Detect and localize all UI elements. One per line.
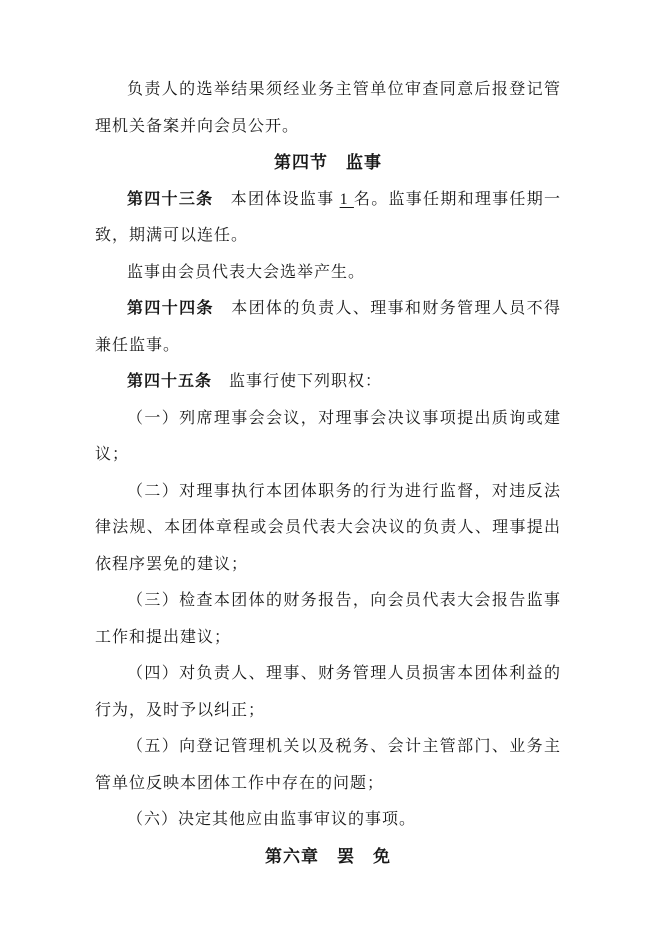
paragraph: 负责人的选举结果须经业务主管单位审查同意后报登记管理机关备案并向会员公开。 — [95, 72, 561, 145]
paragraph: （四）对负责人、理事、财务管理人员损害本团体利益的行为，及时予以纠正； — [95, 656, 561, 729]
bold-text-segment: 第六章 罢 免 — [265, 847, 391, 866]
text-segment: （五）向登记管理机关以及税务、会计主管部门、业务主管单位反映本团体工作中存在的问… — [95, 738, 561, 792]
paragraph: （三）检查本团体的财务报告，向会员代表大会报告监事工作和提出建议； — [95, 583, 561, 656]
paragraph: （六）决定其他应由监事审议的事项。 — [95, 802, 561, 839]
text-segment: 监事行使下列职权： — [212, 373, 382, 390]
text-segment: （三）检查本团体的财务报告，向会员代表大会报告监事工作和提出建议； — [95, 592, 561, 646]
text-segment: （六）决定其他应由监事审议的事项。 — [127, 811, 416, 828]
paragraph: 监事由会员代表大会选举产生。 — [95, 255, 561, 292]
text-segment: 监事由会员代表大会选举产生。 — [127, 264, 365, 281]
document-content: 负责人的选举结果须经业务主管单位审查同意后报登记管理机关备案并向会员公开。第四节… — [95, 72, 561, 875]
text-segment: （四）对负责人、理事、财务管理人员损害本团体利益的行为，及时予以纠正； — [95, 665, 561, 719]
paragraph: （二）对理事执行本团体职务的行为进行监督，对违反法律法规、本团体章程或会员代表大… — [95, 474, 561, 584]
bold-text-segment: 第四十四条 — [127, 300, 214, 317]
underlined-value: 1 — [340, 191, 354, 208]
bold-text-segment: 第四节 监事 — [274, 153, 382, 172]
bold-text-segment: 第四十五条 — [127, 373, 212, 390]
text-segment: 负责人的选举结果须经业务主管单位审查同意后报登记管理机关备案并向会员公开。 — [95, 81, 561, 135]
paragraph: （一）列席理事会会议，对理事会决议事项提出质询或建议； — [95, 401, 561, 474]
paragraph: （五）向登记管理机关以及税务、会计主管部门、业务主管单位反映本团体工作中存在的问… — [95, 729, 561, 802]
paragraph: 第四十三条 本团体设监事 1 名。监事任期和理事任期一致，期满可以连任。 — [95, 182, 561, 255]
paragraph: 第四十五条 监事行使下列职权： — [95, 364, 561, 401]
section-heading: 第四节 监事 — [95, 145, 561, 182]
text-segment: （一）列席理事会会议，对理事会决议事项提出质询或建议； — [95, 410, 561, 464]
bold-text-segment: 第四十三条 — [127, 191, 213, 208]
text-segment: （二）对理事执行本团体职务的行为进行监督，对违反法律法规、本团体章程或会员代表大… — [95, 483, 561, 573]
document-page: 负责人的选举结果须经业务主管单位审查同意后报登记管理机关备案并向会员公开。第四节… — [0, 0, 660, 930]
chapter-heading: 第六章 罢 免 — [95, 839, 561, 876]
text-segment: 本团体设监事 — [213, 191, 339, 208]
paragraph: 第四十四条 本团体的负责人、理事和财务管理人员不得兼任监事。 — [95, 291, 561, 364]
